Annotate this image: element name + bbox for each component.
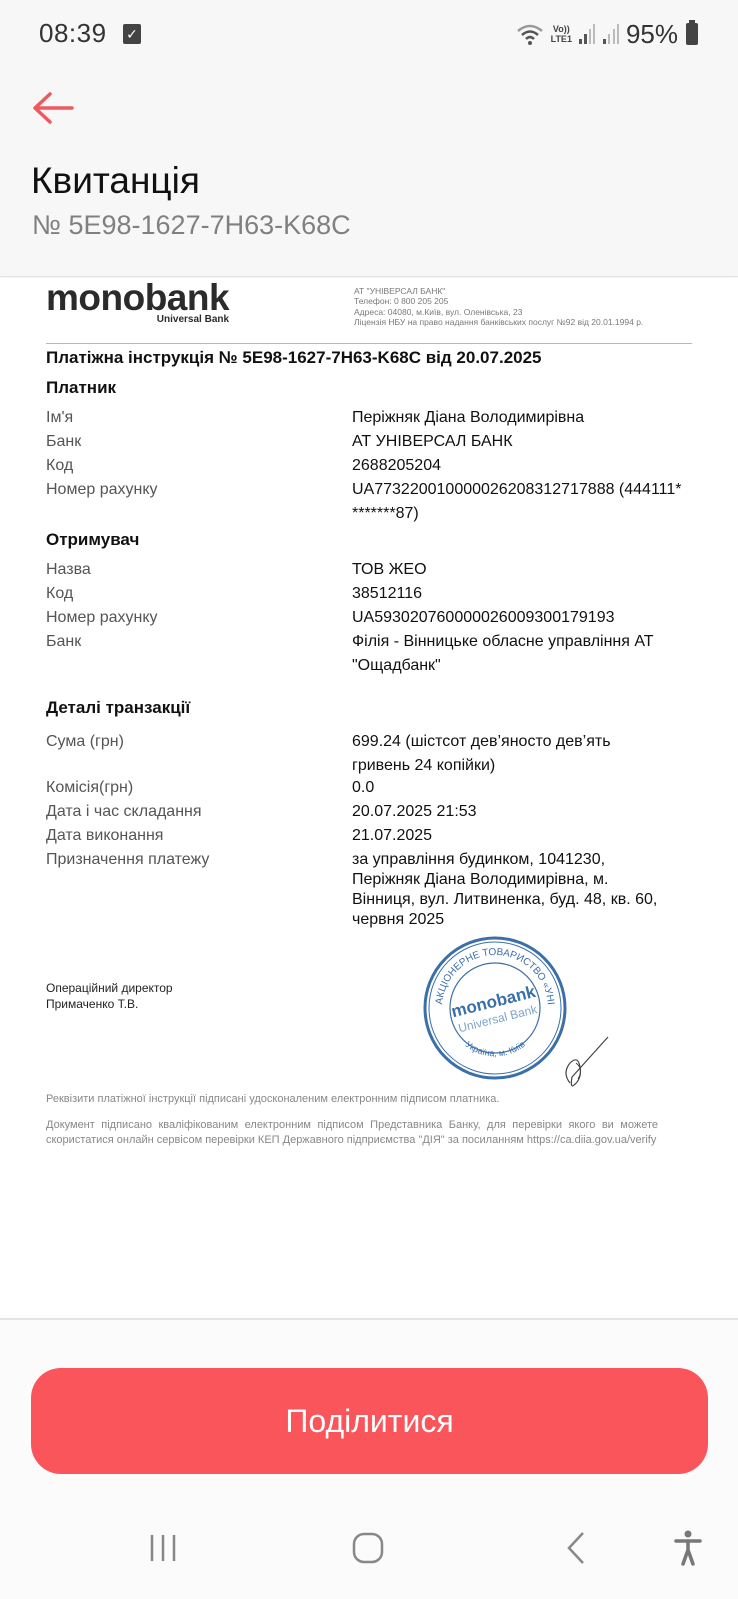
- battery-icon: [686, 23, 698, 45]
- home-button[interactable]: [348, 1528, 388, 1568]
- bank-info: АТ "УНІВЕРСАЛ БАНК" Телефон: 0 800 205 2…: [354, 286, 643, 327]
- volte-lte-icon: Vo)) LTE1: [551, 24, 572, 44]
- back-button[interactable]: [30, 88, 76, 128]
- status-time: 08:39: [39, 18, 107, 49]
- signer-block: Операційний директор Примаченко Т.В.: [46, 980, 173, 1012]
- arrow-left-icon: [30, 88, 76, 128]
- system-nav-bar: [0, 1510, 738, 1580]
- bank-stamp-icon: АКЦІОНЕРНЕ ТОВАРИСТВО «УНІВЕРСАЛ БАНК» У…: [420, 933, 570, 1083]
- signer-position: Операційний директор: [46, 980, 173, 996]
- battery-percent: 95%: [626, 19, 678, 50]
- back-icon: [565, 1531, 587, 1565]
- page-title: Квитанція: [31, 160, 200, 202]
- payer-section-title: Платник: [46, 378, 116, 398]
- receipt-number: № 5E98-1627-7H63-K68C: [32, 210, 351, 241]
- wifi-icon: [515, 22, 545, 46]
- recipient-section-title: Отримувач: [46, 530, 139, 550]
- home-icon: [351, 1531, 385, 1565]
- payer-signature-note: Реквізити платіжної інструкції підписані…: [46, 1093, 606, 1105]
- svg-text:Україна, м. Київ: Україна, м. Київ: [464, 1039, 527, 1059]
- signature-icon: [560, 1033, 612, 1093]
- receipt-document: monobank Universal Bank АТ "УНІВЕРСАЛ БА…: [0, 278, 738, 1318]
- status-bar: 08:39 ✓ Vo)) LTE1 95%: [0, 0, 738, 72]
- signer-name: Примаченко Т.В.: [46, 996, 173, 1012]
- instruction-title: Платіжна інструкція № 5E98-1627-7H63-K68…: [46, 348, 542, 368]
- checkbox-notification-icon: ✓: [123, 24, 141, 44]
- accessibility-icon: [673, 1530, 703, 1566]
- system-back-button[interactable]: [556, 1528, 596, 1568]
- transaction-section-title: Деталі транзакції: [46, 698, 190, 718]
- bank-signature-note: Документ підписано кваліфікованим електр…: [46, 1118, 658, 1147]
- recent-apps-icon: [145, 1532, 181, 1564]
- status-icons: Vo)) LTE1 95%: [515, 16, 698, 52]
- monobank-logo: monobank Universal Bank: [46, 278, 229, 325]
- accessibility-button[interactable]: [668, 1528, 708, 1568]
- share-button[interactable]: Поділитися: [31, 1368, 708, 1474]
- app-header: Квитанція № 5E98-1627-7H63-K68C: [0, 72, 738, 277]
- divider: [46, 343, 692, 344]
- bottom-action-bar: Поділитися: [0, 1318, 738, 1599]
- recent-apps-button[interactable]: [143, 1528, 183, 1568]
- signal-icon: [578, 23, 596, 45]
- signal-icon: [602, 23, 620, 45]
